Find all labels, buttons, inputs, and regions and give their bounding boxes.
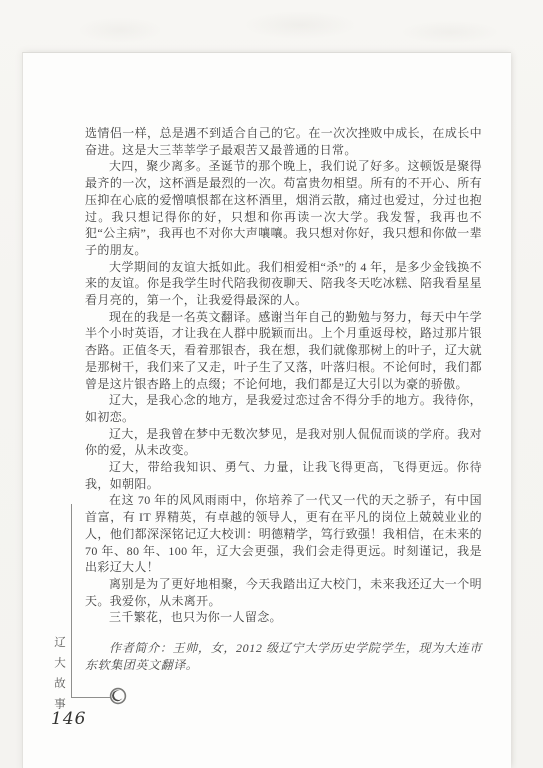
paragraph: 现在的我是一名英文翻译。感谢当年自己的勤勉与努力，每天中午学半个小时英语，才让我…: [85, 309, 482, 393]
book-page-scan: 选情侣一样，总是遇不到适合自己的它。在一次次挫败中成长，在成长中奋进。这是大三莘…: [22, 52, 511, 768]
paragraph: 辽大，是我曾在梦中无数次梦见，是我对别人侃侃而谈的学府。我对你的爱，从未改变。: [85, 426, 482, 459]
sidebar-vertical-rule: [71, 504, 72, 698]
paragraph: 选情侣一样，总是遇不到适合自己的它。在一次次挫败中成长，在成长中奋进。这是大三莘…: [85, 125, 482, 158]
paragraph: 辽大，是我心念的地方，是我爱过恋过舍不得分手的地方。我待你，如初恋。: [85, 392, 482, 425]
paragraph: 三千繁花，也只为你一人留念。: [85, 609, 482, 626]
scan-artifact-band: [0, 0, 543, 52]
screenshot-root: { "page": { "number": "146", "sidebar_ti…: [0, 0, 543, 768]
sidebar-horizontal-rule: [71, 697, 111, 698]
paragraph: 大学期间的友谊大抵如此。我们相爱相“杀”的 4 年，是多少金钱换不来的友谊。你是…: [85, 259, 482, 309]
paragraph: 在这 70 年的风风雨雨中，你培养了一代又一代的天之骄子，有中国首富，有 IT …: [85, 492, 482, 576]
paragraph: 离别是为了更好地相聚，今天我踏出辽大校门，未来我还辽大一个明天。我爱你，从未离开…: [85, 576, 482, 609]
paragraph: 大四，聚少离多。圣诞节的那个晚上，我们说了好多。这顿饭是聚得最齐的一次，这杯酒是…: [85, 158, 482, 258]
crescent-moon-ornament-icon: [109, 687, 127, 705]
page-body-text: 选情侣一样，总是遇不到适合自己的它。在一次次挫败中成长，在成长中奋进。这是大三莘…: [85, 125, 482, 674]
paragraph: 辽大，带给我知识、勇气、力量，让我飞得更高，飞得更远。你待我，如朝阳。: [85, 459, 482, 492]
author-bio: 作者简介：王帅，女，2012 级辽宁大学历史学院学生，现为大连市东软集团英文翻译…: [85, 640, 482, 673]
book-series-title-vertical: 辽大故事: [51, 636, 67, 718]
page-number: 146: [51, 709, 86, 729]
